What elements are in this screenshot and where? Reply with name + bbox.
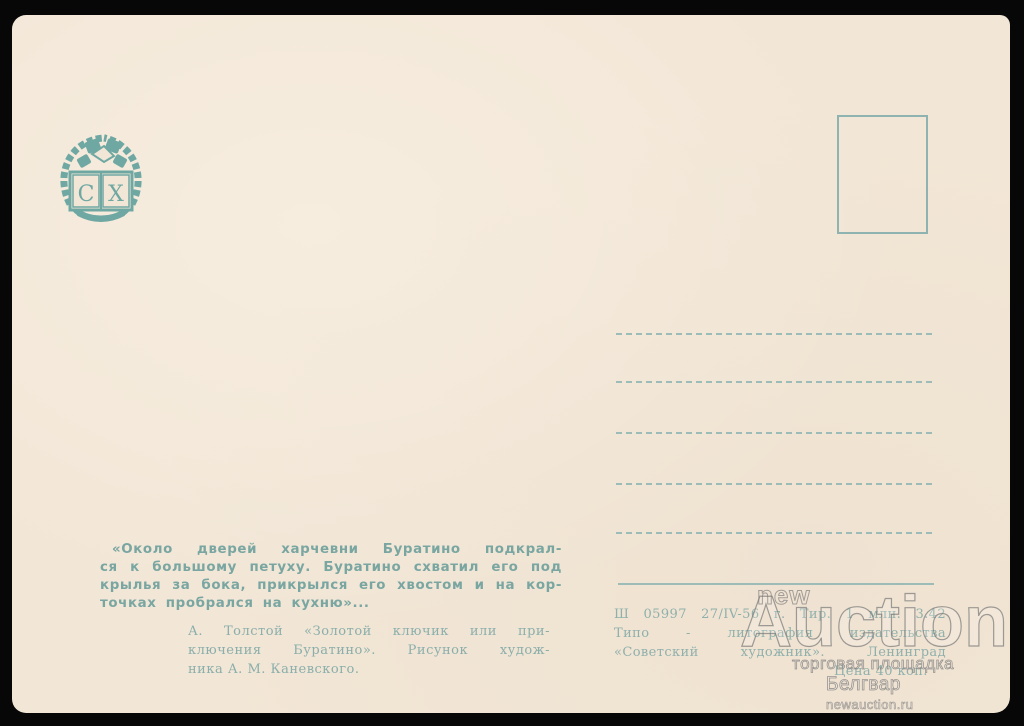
imprint-price: Цена 40 коп.: [614, 662, 946, 681]
quote-line: ся к большому петуху. Буратино схватил е…: [100, 559, 562, 577]
emblem-letter-s: С: [78, 182, 95, 207]
address-line-4: [616, 483, 932, 485]
publisher-imprint: Ш 05997 27/IV-56 г. Тир. 1 млн. 3.42 Тип…: [614, 605, 946, 681]
story-quote: «Около дверей харчевни Буратино подкрал-…: [100, 541, 562, 613]
address-line-1: [616, 333, 932, 335]
address-line-solid: [618, 583, 934, 585]
credit-line: А. Толстой «Золотой ключик или при-: [188, 622, 550, 641]
quote-line: точках пробрался на кухню»...: [100, 595, 562, 613]
address-line-3: [616, 432, 932, 434]
quote-line: «Около дверей харчевни Буратино подкрал-: [100, 541, 562, 559]
publisher-emblem-icon: С Х: [56, 126, 146, 234]
address-line-2: [616, 381, 932, 383]
credit-line: ника А. М. Каневского.: [188, 660, 550, 679]
imprint-line: Типо - литография издательства: [614, 624, 946, 643]
stamp-placeholder-box: [837, 115, 928, 234]
imprint-line: Ш 05997 27/IV-56 г. Тир. 1 млн. 3.42: [614, 605, 946, 624]
postcard-back: С Х «Около дверей харчевни Буратино подк…: [12, 15, 1010, 713]
quote-line: крылья за бока, прикрылся его хвостом и …: [100, 577, 562, 595]
credit-line: ключения Буратино». Рисунок худож-: [188, 641, 550, 660]
imprint-line: «Советский художник». Ленинград: [614, 643, 946, 662]
address-line-5: [616, 532, 932, 534]
illustration-credit: А. Толстой «Золотой ключик или при- ключ…: [188, 622, 550, 679]
emblem-letter-kh: Х: [108, 182, 124, 207]
